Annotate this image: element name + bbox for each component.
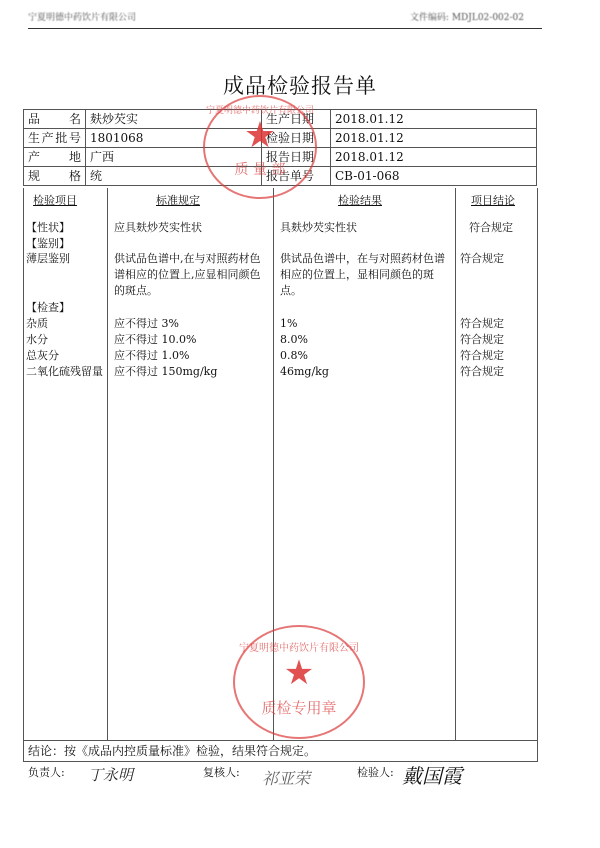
traits-result: 具麸炒芡实性状 [280,220,357,236]
column-divider [455,188,456,740]
document-code: 文件编码: MDJL02-002-02 [410,12,524,24]
traits-standard: 应具麸炒芡实性状 [114,220,202,236]
check-conclusion: 符合规定 [460,316,504,332]
tlc-result: 供试品色谱中，在与对照药材色谱相应的位置上，显相同颜色的斑点。 [280,251,452,299]
section-inspection: 【检查】 [26,300,70,316]
inspector-label: 检验人: [357,764,394,780]
check-standard: 应不得过 1.0% [114,348,189,364]
check-conclusion: 符合规定 [460,348,504,364]
stamp-center-text: 质检专用章 [235,697,363,718]
stamp-center-text: 质 量 部 [205,159,315,179]
page-header: 宁夏明德中药饮片有限公司 文件编码: MDJL02-002-02 [28,16,542,29]
header-item: 检验项目 [33,192,77,208]
star-icon: ★ [244,115,276,156]
check-item: 总灰分 [26,348,59,364]
label-batch-number: 生产批号 [24,129,86,148]
qc-seal-stamp: 宁夏明德中药饮片有限公司 ★ 质检专用章 [233,625,365,739]
label-product-name: 品 名 [24,110,86,129]
responsible-label: 负责人: [28,764,65,780]
conclusion-row: 结论：按《成品内控质量标准》检验，结果符合规定。 [23,740,538,762]
check-standard: 应不得过 3% [114,316,179,332]
company-name: 宁夏明德中药饮片有限公司 [28,12,136,24]
check-result: 0.8% [280,348,308,364]
star-icon: ★ [284,653,314,693]
value-production-date: 2018.01.12 [331,110,537,129]
header-result: 检验结果 [338,192,382,208]
value-report-number: CB-01-068 [331,167,537,186]
column-divider [107,188,108,740]
label-spec: 规 格 [24,167,86,186]
tlc-item: 薄层鉴别 [26,251,70,267]
check-standard: 应不得过 150mg/kg [114,364,217,380]
check-item: 水分 [26,332,48,348]
value-report-date: 2018.01.12 [331,148,537,167]
inspector-signature: 戴国霞 [402,760,462,789]
check-conclusion: 符合规定 [460,364,504,380]
section-identification: 【鉴别】 [26,236,70,252]
quality-department-stamp: 宁夏明德中药饮片有限公司 ★ 质 量 部 [203,95,317,199]
label-origin: 产 地 [24,148,86,167]
tlc-conclusion: 符合规定 [460,251,504,267]
header-standard: 标准规定 [156,192,200,208]
check-result: 8.0% [280,332,308,348]
check-standard: 应不得过 10.0% [114,332,196,348]
check-item: 二氧化硫残留量 [26,364,103,380]
tlc-standard: 供试品色谱中,在与对照药材色谱相应的位置上,应显相同颜色的斑点。 [114,251,269,299]
page-title: 成品检验报告单 [0,70,600,100]
check-result: 46mg/kg [280,364,329,380]
reviewer-label: 复核人: [203,764,240,780]
check-conclusion: 符合规定 [460,332,504,348]
responsible-signature: 丁永明 [88,764,133,785]
reviewer-signature: 祁亚荣 [262,766,310,789]
stamp-ring-text: 宁夏明德中药饮片有限公司 [235,639,363,654]
check-result: 1% [280,316,297,332]
value-inspection-date: 2018.01.12 [331,129,537,148]
check-item: 杂质 [26,316,48,332]
section-traits: 【性状】 [26,220,70,236]
header-conclusion: 项目结论 [471,192,515,208]
traits-conclusion: 符合规定 [469,220,513,236]
